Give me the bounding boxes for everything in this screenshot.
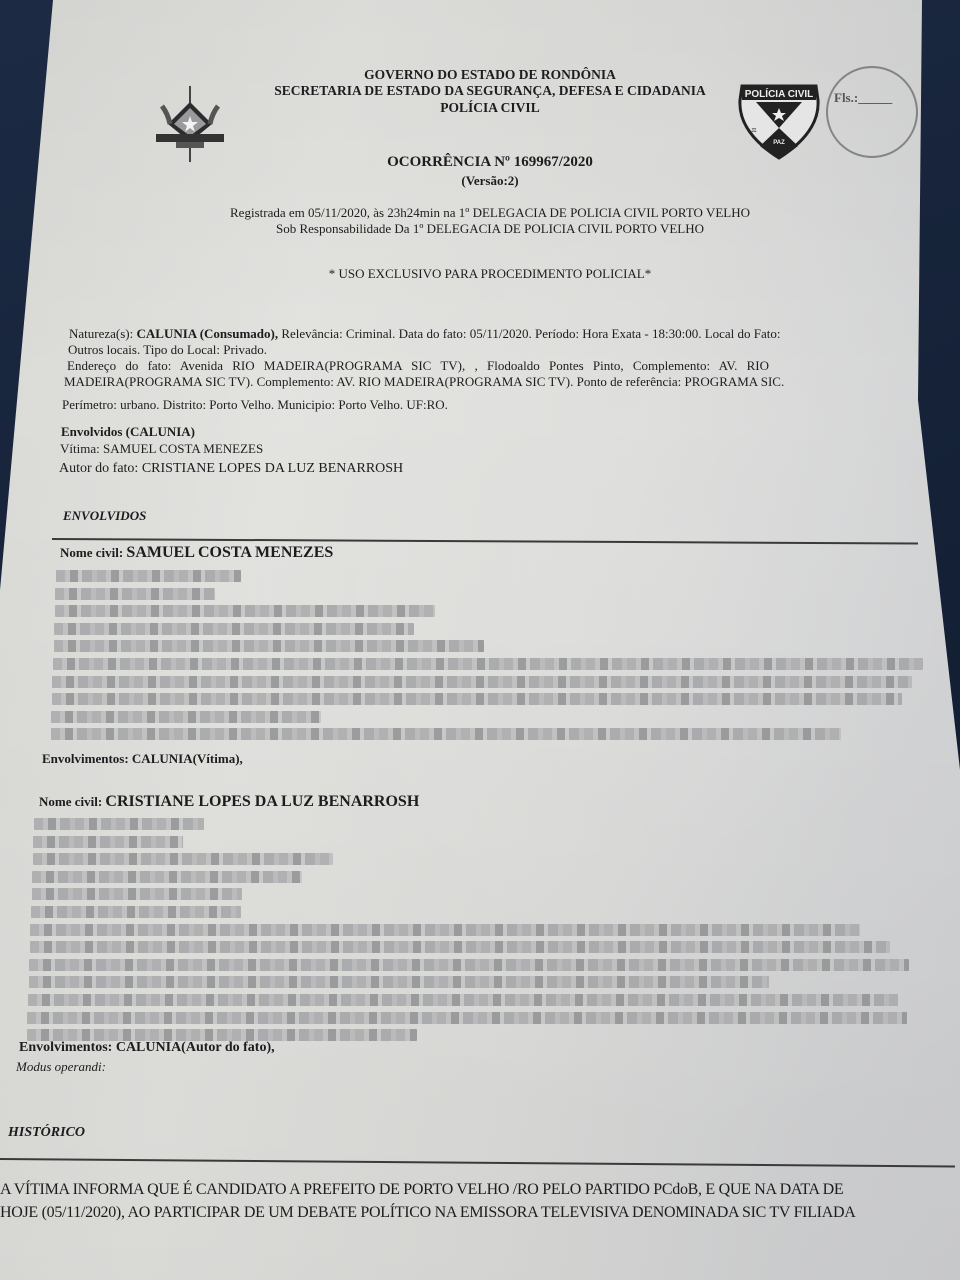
person-1-name: SAMUEL COSTA MENEZES [126,544,333,561]
redacted-line [52,676,912,688]
place-type-line: Outros locais. Tipo do Local: Privado. [68,342,267,358]
redacted-line [54,640,484,652]
svg-text:⚖: ⚖ [751,127,757,134]
redacted-line [31,906,241,918]
svg-text:POLÍCIA CIVIL: POLÍCIA CIVIL [745,87,814,100]
redacted-line [27,1012,907,1024]
redacted-line [51,711,321,723]
redacted-line [34,818,204,830]
redacted-line [28,994,898,1006]
redacted-line [54,623,414,635]
nature-value: CALUNIA (Consumado), [137,326,279,341]
redacted-line [32,871,302,883]
policia-civil-badge-icon: POLÍCIA CIVIL ⚖ PAZ [736,80,822,160]
registration-line: Registrada em 05/11/2020, às 23h24min na… [150,205,830,221]
involved-heading: Envolvidos (CALUNIA) [61,424,195,440]
modus-operandi-label: Modus operandi: [16,1059,106,1075]
person-2-name-line: Nome civil: CRISTIANE LOPES DA LUZ BENAR… [39,793,419,811]
folio-stamp [826,66,918,158]
address-line-3: Perímetro: urbano. Distrito: Porto Velho… [62,397,448,413]
stamp-folio-label: Fls.:______ [834,90,891,106]
responsibility-line: Sob Responsabilidade Da 1º DELEGACIA DE … [150,221,830,237]
address-line-1: Endereço do fato: Avenida RIO MADEIRA(PR… [67,358,907,374]
person-2-name: CRISTIANE LOPES DA LUZ BENARROSH [105,793,419,810]
header-policia-civil: POLÍCIA CIVIL [180,100,800,116]
person-1-involvement: Envolvimentos: CALUNIA(Vítima), [42,751,243,767]
occurrence-number: OCORRÊNCIA Nº 169967/2020 [180,154,800,171]
person-1-name-line: Nome civil: SAMUEL COSTA MENEZES [60,544,333,562]
person-2-involvement: Envolvimentos: CALUNIA(Autor do fato), [19,1040,275,1056]
historico-line-2: HOJE (05/11/2020), AO PARTICIPAR DE UM D… [0,1204,855,1222]
redacted-line [55,605,435,617]
historico-line-1: A VÍTIMA INFORMA QUE É CANDIDATO A PREFE… [0,1181,843,1199]
section-historico-title: HISTÓRICO [8,1125,85,1141]
redacted-line [56,570,241,582]
exclusive-use-notice: * USO EXCLUSIVO PARA PROCEDIMENTO POLICI… [180,266,800,282]
header-government: GOVERNO DO ESTADO DE RONDÔNIA [180,67,800,83]
author-line: Autor do fato: CRISTIANE LOPES DA LUZ BE… [59,461,403,477]
redacted-line [33,853,333,865]
redacted-line [53,658,923,670]
address-line-2: MADEIRA(PROGRAMA SIC TV). Complemento: A… [64,374,784,390]
redacted-line [55,588,215,600]
redacted-line [30,924,860,936]
redacted-line [32,888,242,900]
redacted-line [30,941,890,953]
header-secretariat: SECRETARIA DE ESTADO DA SEGURANÇA, DEFES… [180,83,800,99]
redacted-line [51,728,841,740]
redacted-line [29,976,769,988]
svg-text:PAZ: PAZ [773,140,785,146]
section-envolvidos-title: ENVOLVIDOS [63,508,146,524]
redacted-line [33,836,183,848]
nature-line: Natureza(s): CALUNIA (Consumado), Relevâ… [69,326,781,342]
victim-line: Vítima: SAMUEL COSTA MENEZES [60,441,263,457]
redacted-line [29,959,909,971]
version-label: (Versão:2) [180,173,800,189]
redacted-line [52,693,902,705]
